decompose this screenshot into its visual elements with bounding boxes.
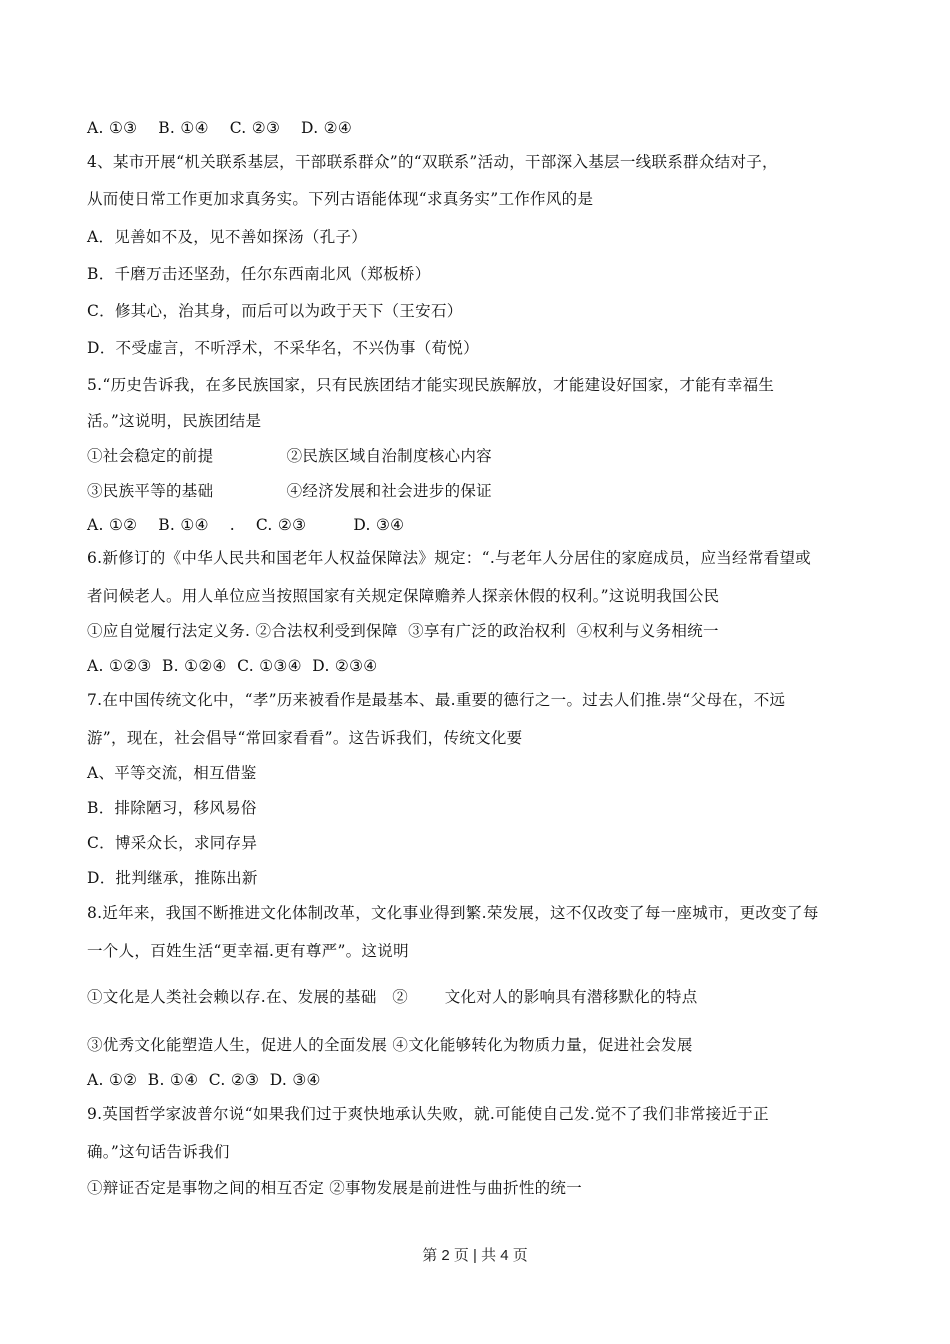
text-line-q9-stem-1: 9.英国哲学家波普尔说“如果我们过于爽快地承认失败，就.可能使自己发.觉不了我们… [87, 1104, 769, 1124]
text-line-q6-stem-2: 者问候老人。用人单位应当按照国家有关规定保障赡养人探亲休假的权利。”这说明我国公… [87, 586, 719, 606]
document-page: 第 2 页 | 共 4 页 A. ①③ B. ①④ C. ②③ D. ②④4、某… [0, 0, 950, 1344]
text-line-q9-stem-2: 确。”这句话告诉我们 [87, 1142, 230, 1162]
text-line-q7-stem-2: 游”，现在，社会倡导“常回家看看”。这告诉我们，传统文化要 [87, 728, 522, 748]
text-line-q5-items-2: ③民族平等的基础 ④经济发展和社会进步的保证 [87, 481, 492, 501]
text-line-q4-option-a: A．见善如不及，见不善如探汤（孔子） [87, 227, 367, 247]
page-footer: 第 2 页 | 共 4 页 [0, 1244, 950, 1265]
text-line-q3-options: A. ①③ B. ①④ C. ②③ D. ②④ [87, 118, 352, 138]
text-line-q6-options: A. ①②③ B. ①②④ C. ①③④ D. ②③④ [87, 656, 378, 676]
text-line-q7-option-b: B．排除陋习，移风易俗 [87, 798, 257, 818]
text-line-q8-items-1: ①文化是人类社会赖以存.在、发展的基础 ② 文化对人的影响具有潜移默化的特点 [87, 987, 698, 1007]
text-line-q4-option-d: D．不受虚言，不听浮术，不采华名，不兴伪事（荀悦） [87, 338, 479, 358]
text-line-q7-option-d: D．批判继承，推陈出新 [87, 868, 258, 888]
text-line-q6-items: ①应自觉履行法定义务. ②合法权利受到保障 ③享有广泛的政治权利 ④权利与义务相… [87, 621, 719, 641]
text-line-q4-stem-2: 从而使日常工作更加求真务实。下列古语能体现“求真务实”工作作风的是 [87, 189, 593, 209]
text-line-q4-stem-1: 4、某市开展“机关联系基层，干部联系群众”的“双联系”活动，干部深入基层一线联系… [87, 152, 778, 172]
text-line-q7-option-a: A、平等交流，相互借鉴 [87, 763, 257, 783]
text-line-q5-stem-1: 5.“历史告诉我，在多民族国家，只有民族团结才能实现民族解放，才能建设好国家，才… [87, 375, 774, 395]
text-line-q8-stem-1: 8.近年来，我国不断推进文化体制改革，文化事业得到繁.荣发展，这不仅改变了每一座… [87, 903, 819, 923]
text-line-q6-stem-1: 6.新修订的《中华人民共和国老年人权益保障法》规定：“.与老年人分居住的家庭成员… [87, 548, 811, 568]
text-line-q8-options: A. ①② B. ①④ C. ②③ D. ③④ [87, 1070, 321, 1090]
text-line-q9-items: ①辩证否定是事物之间的相互否定 ②事物发展是前进性与曲折性的统一 [87, 1178, 582, 1198]
text-line-q4-option-b: B．千磨万击还坚劲，任尔东西南北风（郑板桥） [87, 264, 431, 284]
text-line-q5-stem-2: 活。”这说明，民族团结是 [87, 411, 261, 431]
text-line-q4-option-c: C．修其心，治其身，而后可以为政于天下（王安石） [87, 301, 463, 321]
text-line-q7-stem-1: 7.在中国传统文化中，“孝”历来被看作是最基本、最.重要的德行之一。过去人们推.… [87, 690, 785, 710]
text-line-q8-items-2: ③优秀文化能塑造人生，促进人的全面发展 ④文化能够转化为物质力量，促进社会发展 [87, 1035, 693, 1055]
text-line-q7-option-c: C．博采众长，求同存异 [87, 833, 257, 853]
text-line-q5-items-1: ①社会稳定的前提 ②民族区域自治制度核心内容 [87, 446, 492, 466]
text-line-q5-options: A. ①② B. ①④ . C. ②③ D. ③④ [87, 515, 404, 535]
text-line-q8-stem-2: 一个人，百姓生活“更幸福.更有尊严”。这说明 [87, 941, 409, 961]
